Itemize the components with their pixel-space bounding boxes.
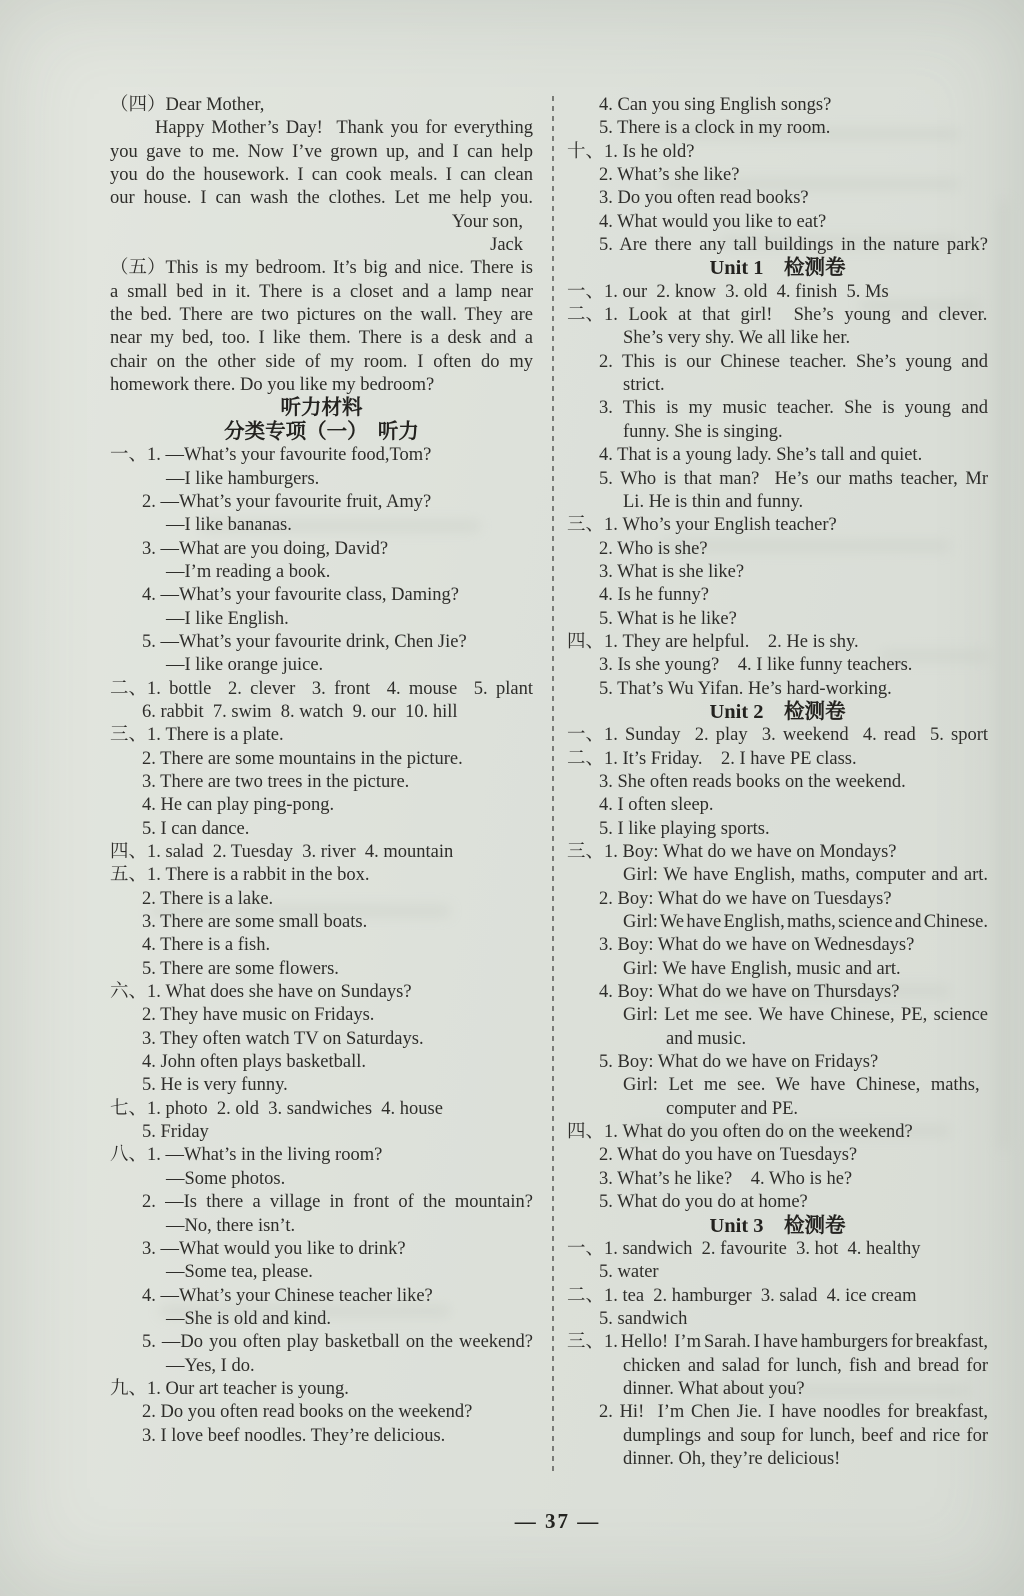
text-line: funny. She is singing. <box>623 421 988 444</box>
line-text: 八、1. —What’s in the living room? <box>110 1144 382 1167</box>
text-line: 3. There are some small boats. <box>142 911 533 934</box>
line-text: —I like English. <box>166 608 289 631</box>
line-text: near my bed, too. I like them. There is … <box>110 327 533 350</box>
line-text: 4. I often sleep. <box>599 794 714 817</box>
line-text: —I’m reading a book. <box>166 561 330 584</box>
line-text: —Some photos. <box>166 1168 285 1191</box>
text-line: Li. He is thin and funny. <box>623 491 988 514</box>
text-line: homework there. Do you like my bedroom? <box>110 374 533 397</box>
text-line: 六、1. What does she have on Sundays? <box>110 981 533 1004</box>
text-line: 5. —Do you often play basketball on the … <box>142 1331 533 1354</box>
line-text: strict. <box>623 374 665 397</box>
left-column: （四）Dear Mother,Happy Mother’s Day! Thank… <box>110 94 533 1448</box>
text-line: 2. —What’s your favourite fruit, Amy? <box>142 491 533 514</box>
text-line: 2. Boy: What do we have on Tuesdays? <box>599 888 988 911</box>
line-text: 5. sandwich <box>599 1308 687 1331</box>
heading-line: Unit 3 检测卷 <box>567 1215 988 1238</box>
text-line: dumplings and soup for lunch, beef and r… <box>623 1425 988 1448</box>
line-text: —I like hamburgers. <box>166 468 319 491</box>
text-line: 3. What is she like? <box>599 561 988 584</box>
text-line: 八、1. —What’s in the living room? <box>110 1144 533 1167</box>
text-line: 3. —What would you like to drink? <box>142 1238 533 1261</box>
text-line: Girl: We have English, maths, science an… <box>623 911 988 934</box>
line-text: 2. Boy: What do we have on Tuesdays? <box>599 888 892 911</box>
line-text: Unit 3 检测卷 <box>709 1215 845 1238</box>
line-text: 四、1. They are helpful. 2. He is shy. <box>567 631 859 654</box>
text-line: （四）Dear Mother, <box>110 94 533 117</box>
line-text: Girl: We have English, maths, science an… <box>623 911 988 934</box>
line-text: 四、1. salad 2. Tuesday 3. river 4. mounta… <box>110 841 453 864</box>
text-line: near my bed, too. I like them. There is … <box>110 327 533 350</box>
line-text: 5. What is he like? <box>599 608 737 631</box>
text-line: 4. What would you like to eat? <box>599 211 988 234</box>
line-text: Happy Mother’s Day! Thank you for everyt… <box>155 117 533 140</box>
line-text: 5. —Do you often play basketball on the … <box>142 1331 533 1354</box>
text-line: 二、1. Look at that girl! She’s young and … <box>567 304 988 327</box>
line-text: —No, there isn’t. <box>166 1215 295 1238</box>
text-line: —I like bananas. <box>166 514 533 537</box>
text-line: （五）This is my bedroom. It’s big and nice… <box>110 257 533 280</box>
text-line: Girl: We have English, music and art. <box>623 958 988 981</box>
text-line: and music. <box>666 1028 988 1051</box>
line-text: 5. —What’s your favourite drink, Chen Ji… <box>142 631 467 654</box>
text-line: —Yes, I do. <box>166 1355 533 1378</box>
line-text: you gave to me. Now I’ve grown up, and I… <box>110 141 533 164</box>
text-line: 4. Is he funny? <box>599 584 988 607</box>
line-text: chair on the other side of my room. I of… <box>110 351 533 374</box>
text-line: 4. Can you sing English songs? <box>599 94 988 117</box>
text-line: —Some tea, please. <box>166 1261 533 1284</box>
line-text: 5. Are there any tall buildings in the n… <box>599 234 988 257</box>
text-line: 五、1. There is a rabbit in the box. <box>110 864 533 887</box>
text-line: 一、1. our 2. know 3. old 4. finish 5. Ms <box>567 281 988 304</box>
text-line: 4. He can play ping-pong. <box>142 794 533 817</box>
text-line: 三、1. There is a plate. <box>110 724 533 747</box>
text-line: 2. This is our Chinese teacher. She’s yo… <box>599 351 988 374</box>
page-footer: — 37 — <box>486 1484 601 1559</box>
text-line: 四、1. salad 2. Tuesday 3. river 4. mounta… <box>110 841 533 864</box>
line-text: Jack <box>490 234 523 257</box>
line-text: She’s very shy. We all like her. <box>623 327 850 350</box>
text-line: 2. What’s she like? <box>599 164 988 187</box>
line-text: 3. —What are you doing, David? <box>142 538 388 561</box>
line-text: Li. He is thin and funny. <box>623 491 803 514</box>
text-line: 3. What’s he like? 4. Who is he? <box>599 1168 988 1191</box>
line-text: 3. Boy: What do we have on Wednesdays? <box>599 934 914 957</box>
line-text: 3. —What would you like to drink? <box>142 1238 406 1261</box>
line-text: 一、1. Sunday 2. play 3. weekend 4. read 5… <box>567 724 988 747</box>
text-line: 3. Is she young? 4. I like funny teacher… <box>599 654 988 677</box>
text-line: chair on the other side of my room. I of… <box>110 351 533 374</box>
text-line: 5. There is a clock in my room. <box>599 117 988 140</box>
text-line: —I’m reading a book. <box>166 561 533 584</box>
line-text: 四、1. What do you often do on the weekend… <box>567 1121 913 1144</box>
text-line: 5. What do you do at home? <box>599 1191 988 1214</box>
line-text: dinner. What about you? <box>623 1378 805 1401</box>
text-line: 2. Do you often read books on the weeken… <box>142 1401 533 1424</box>
heading-line: Unit 1 检测卷 <box>567 257 988 280</box>
text-line: 2. Who is she? <box>599 538 988 561</box>
text-line: 5. sandwich <box>599 1308 988 1331</box>
line-text: 2. Do you often read books on the weeken… <box>142 1401 472 1424</box>
line-text: Unit 1 检测卷 <box>709 257 845 280</box>
text-line: 5. That’s Wu Yifan. He’s hard-working. <box>599 678 988 701</box>
line-text: you do the housework. I can cook meals. … <box>110 164 533 187</box>
line-text: 听力材料 <box>281 397 363 420</box>
text-line: 二、1. bottle 2. clever 3. front 4. mouse … <box>110 678 533 701</box>
line-text: （四）Dear Mother, <box>110 94 264 117</box>
line-text: our house. I can wash the clothes. Let m… <box>110 187 533 210</box>
text-line: 3. They often watch TV on Saturdays. <box>142 1028 533 1051</box>
text-line: Jack <box>110 234 533 257</box>
text-line: you do the housework. I can cook meals. … <box>110 164 533 187</box>
line-text: 2. What do you have on Tuesdays? <box>599 1144 857 1167</box>
text-line: 5. I can dance. <box>142 818 533 841</box>
text-line: 二、1. tea 2. hamburger 3. salad 4. ice cr… <box>567 1285 988 1308</box>
page-number: — 37 — <box>515 1509 601 1533</box>
line-text: 五、1. There is a rabbit in the box. <box>110 864 369 887</box>
line-text: 6. rabbit 7. swim 8. watch 9. our 10. hi… <box>142 701 458 724</box>
text-line: 3. —What are you doing, David? <box>142 538 533 561</box>
line-text: 3. There are some small boats. <box>142 911 367 934</box>
line-text: 5. He is very funny. <box>142 1074 288 1097</box>
text-line: our house. I can wash the clothes. Let m… <box>110 187 533 210</box>
text-line: She’s very shy. We all like her. <box>623 327 988 350</box>
line-text: dinner. Oh, they’re delicious! <box>623 1448 840 1471</box>
line-text: 5. water <box>599 1261 659 1284</box>
line-text: 3. There are two trees in the picture. <box>142 771 409 794</box>
text-line: Girl: We have English, maths, computer a… <box>623 864 988 887</box>
text-line: 2. They have music on Fridays. <box>142 1004 533 1027</box>
line-text: 4. Boy: What do we have on Thursdays? <box>599 981 899 1004</box>
text-line: 5. Friday <box>142 1121 533 1144</box>
text-line: 3. She often reads books on the weekend. <box>599 771 988 794</box>
line-text: 三、1. Who’s your English teacher? <box>567 514 837 537</box>
line-text: 4. What would you like to eat? <box>599 211 826 234</box>
line-text: 一、1. sandwich 2. favourite 3. hot 4. hea… <box>567 1238 921 1261</box>
line-text: 4. Is he funny? <box>599 584 709 607</box>
line-text: 2. This is our Chinese teacher. She’s yo… <box>599 351 988 374</box>
line-text: 2. —What’s your favourite fruit, Amy? <box>142 491 431 514</box>
text-line: 5. There are some flowers. <box>142 958 533 981</box>
line-text: 5. That’s Wu Yifan. He’s hard-working. <box>599 678 892 701</box>
text-line: computer and PE. <box>666 1098 988 1121</box>
text-line: a small bed in it. There is a closet and… <box>110 281 533 304</box>
line-text: —Yes, I do. <box>166 1355 255 1378</box>
text-line: 四、1. What do you often do on the weekend… <box>567 1121 988 1144</box>
text-line: 四、1. They are helpful. 2. He is shy. <box>567 631 988 654</box>
text-line: 4. —What’s your Chinese teacher like? <box>142 1285 533 1308</box>
line-text: 十、1. Is he old? <box>567 141 694 164</box>
text-line: 九、1. Our art teacher is young. <box>110 1378 533 1401</box>
line-text: homework there. Do you like my bedroom? <box>110 374 434 397</box>
text-line: 十、1. Is he old? <box>567 141 988 164</box>
line-text: 3. What is she like? <box>599 561 744 584</box>
line-text: chicken and salad for lunch, fish and br… <box>623 1355 988 1378</box>
line-text: 5. There is a clock in my room. <box>599 117 830 140</box>
text-line: Girl: Let me see. We have Chinese, PE, s… <box>623 1004 988 1027</box>
scanned-answer-page: （四）Dear Mother,Happy Mother’s Day! Thank… <box>0 0 1024 1596</box>
line-text: and music. <box>666 1028 746 1051</box>
column-divider <box>552 96 554 1474</box>
line-text: Your son, <box>452 211 523 234</box>
text-line: Girl: Let me see. We have Chinese, maths… <box>623 1074 988 1097</box>
line-text: 3. This is my music teacher. She is youn… <box>599 397 988 420</box>
text-line: 3. I love beef noodles. They’re deliciou… <box>142 1425 533 1448</box>
text-line: —I like orange juice. <box>166 654 533 677</box>
line-text: computer and PE. <box>666 1098 798 1121</box>
line-text: dumplings and soup for lunch, beef and r… <box>623 1425 988 1448</box>
text-line: chicken and salad for lunch, fish and br… <box>623 1355 988 1378</box>
text-line: 一、1. Sunday 2. play 3. weekend 4. read 5… <box>567 724 988 747</box>
text-line: 5. What is he like? <box>599 608 988 631</box>
text-line: dinner. What about you? <box>623 1378 988 1401</box>
text-line: 2. There are some mountains in the pictu… <box>142 748 533 771</box>
text-line: 2. There is a lake. <box>142 888 533 911</box>
text-line: 三、1. Hello! I’m Sarah. I have hamburgers… <box>567 1331 988 1354</box>
line-text: 5. I can dance. <box>142 818 249 841</box>
line-text: 4. —What’s your favourite class, Daming? <box>142 584 459 607</box>
text-line: 4. John often plays basketball. <box>142 1051 533 1074</box>
heading-line: Unit 2 检测卷 <box>567 701 988 724</box>
line-text: —Some tea, please. <box>166 1261 313 1284</box>
text-line: 5. water <box>599 1261 988 1284</box>
text-line: 3. There are two trees in the picture. <box>142 771 533 794</box>
line-text: （五）This is my bedroom. It’s big and nice… <box>110 257 533 280</box>
line-text: 2. What’s she like? <box>599 164 739 187</box>
text-line: 4. Boy: What do we have on Thursdays? <box>599 981 988 1004</box>
line-text: 4. Can you sing English songs? <box>599 94 831 117</box>
line-text: 4. He can play ping-pong. <box>142 794 334 817</box>
text-line: 5. I like playing sports. <box>599 818 988 841</box>
line-text: 一、1. —What’s your favourite food,Tom? <box>110 444 431 467</box>
line-text: 2. —Is there a village in front of the m… <box>142 1191 533 1214</box>
right-column: 4. Can you sing English songs?5. There i… <box>567 94 988 1471</box>
text-line: 3. This is my music teacher. She is youn… <box>599 397 988 420</box>
text-line: —No, there isn’t. <box>166 1215 533 1238</box>
text-line: 2. Hi! I’m Chen Jie. I have noodles for … <box>599 1401 988 1424</box>
line-text: 4. —What’s your Chinese teacher like? <box>142 1285 433 1308</box>
line-text: 4. There is a fish. <box>142 934 270 957</box>
line-text: 2. There is a lake. <box>142 888 273 911</box>
line-text: —I like orange juice. <box>166 654 323 677</box>
line-text: 3. She often reads books on the weekend. <box>599 771 906 794</box>
line-text: a small bed in it. There is a closet and… <box>110 281 533 304</box>
text-line: 2. What do you have on Tuesdays? <box>599 1144 988 1167</box>
line-text: 4. John often plays basketball. <box>142 1051 366 1074</box>
line-text: Girl: We have English, music and art. <box>623 958 901 981</box>
line-text: 5. Boy: What do we have on Fridays? <box>599 1051 878 1074</box>
text-line: 5. He is very funny. <box>142 1074 533 1097</box>
line-text: 5. What do you do at home? <box>599 1191 808 1214</box>
text-line: 一、1. —What’s your favourite food,Tom? <box>110 444 533 467</box>
line-text: 3. I love beef noodles. They’re deliciou… <box>142 1425 445 1448</box>
line-text: —I like bananas. <box>166 514 292 537</box>
text-line: —I like hamburgers. <box>166 468 533 491</box>
text-line: dinner. Oh, they’re delicious! <box>623 1448 988 1471</box>
line-text: Girl: Let me see. We have Chinese, PE, s… <box>623 1004 988 1027</box>
text-line: the bed. There are two pictures on the w… <box>110 304 533 327</box>
line-text: 二、1. It’s Friday. 2. I have PE class. <box>567 748 857 771</box>
line-text: 三、1. Boy: What do we have on Mondays? <box>567 841 897 864</box>
line-text: 2. Who is she? <box>599 538 708 561</box>
heading-line: 分类专项（一） 听力 <box>110 421 533 444</box>
line-text: 5. Who is that man? He’s our maths teach… <box>599 468 988 491</box>
text-line: 5. Boy: What do we have on Fridays? <box>599 1051 988 1074</box>
text-line: 5. Who is that man? He’s our maths teach… <box>599 468 988 491</box>
text-line: 4. That is a young lady. She’s tall and … <box>599 444 988 467</box>
line-text: 3. What’s he like? 4. Who is he? <box>599 1168 852 1191</box>
line-text: 六、1. What does she have on Sundays? <box>110 981 412 1004</box>
line-text: 4. That is a young lady. She’s tall and … <box>599 444 922 467</box>
line-text: 2. There are some mountains in the pictu… <box>142 748 463 771</box>
text-line: 七、1. photo 2. old 3. sandwiches 4. house <box>110 1098 533 1121</box>
text-line: —She is old and kind. <box>166 1308 533 1331</box>
text-line: 6. rabbit 7. swim 8. watch 9. our 10. hi… <box>142 701 533 724</box>
text-line: you gave to me. Now I’ve grown up, and I… <box>110 141 533 164</box>
line-text: —She is old and kind. <box>166 1308 331 1331</box>
text-line: 4. —What’s your favourite class, Daming? <box>142 584 533 607</box>
line-text: the bed. There are two pictures on the w… <box>110 304 533 327</box>
line-text: 七、1. photo 2. old 3. sandwiches 4. house <box>110 1098 443 1121</box>
line-text: 5. I like playing sports. <box>599 818 770 841</box>
text-line: Happy Mother’s Day! Thank you for everyt… <box>155 117 533 140</box>
line-text: 5. There are some flowers. <box>142 958 339 981</box>
line-text: Girl: We have English, maths, computer a… <box>623 864 988 887</box>
line-text: 2. Hi! I’m Chen Jie. I have noodles for … <box>599 1401 988 1424</box>
text-line: —I like English. <box>166 608 533 631</box>
text-line: 4. I often sleep. <box>599 794 988 817</box>
bleed-through-artifact <box>998 200 1010 1150</box>
text-line: —Some photos. <box>166 1168 533 1191</box>
text-line: Your son, <box>110 211 533 234</box>
text-line: 5. Are there any tall buildings in the n… <box>599 234 988 257</box>
line-text: Unit 2 检测卷 <box>709 701 845 724</box>
line-text: 2. They have music on Fridays. <box>142 1004 374 1027</box>
line-text: 二、1. bottle 2. clever 3. front 4. mouse … <box>110 678 533 701</box>
line-text: 一、1. our 2. know 3. old 4. finish 5. Ms <box>567 281 889 304</box>
line-text: 3. Do you often read books? <box>599 187 809 210</box>
line-text: 3. Is she young? 4. I like funny teacher… <box>599 654 912 677</box>
text-line: 3. Do you often read books? <box>599 187 988 210</box>
line-text: 三、1. There is a plate. <box>110 724 284 747</box>
text-line: 三、1. Who’s your English teacher? <box>567 514 988 537</box>
text-line: 5. —What’s your favourite drink, Chen Ji… <box>142 631 533 654</box>
text-line: strict. <box>623 374 988 397</box>
line-text: Girl: Let me see. We have Chinese, maths… <box>623 1074 980 1097</box>
text-line: 三、1. Boy: What do we have on Mondays? <box>567 841 988 864</box>
text-line: 2. —Is there a village in front of the m… <box>142 1191 533 1214</box>
line-text: 3. They often watch TV on Saturdays. <box>142 1028 424 1051</box>
line-text: funny. She is singing. <box>623 421 783 444</box>
heading-line: 听力材料 <box>110 397 533 420</box>
line-text: 二、1. Look at that girl! She’s young and … <box>567 304 987 327</box>
text-line: 3. Boy: What do we have on Wednesdays? <box>599 934 988 957</box>
line-text: 九、1. Our art teacher is young. <box>110 1378 349 1401</box>
text-line: 二、1. It’s Friday. 2. I have PE class. <box>567 748 988 771</box>
line-text: 二、1. tea 2. hamburger 3. salad 4. ice cr… <box>567 1285 917 1308</box>
text-line: 一、1. sandwich 2. favourite 3. hot 4. hea… <box>567 1238 988 1261</box>
line-text: 5. Friday <box>142 1121 209 1144</box>
text-line: 4. There is a fish. <box>142 934 533 957</box>
line-text: 分类专项（一） 听力 <box>224 421 419 444</box>
line-text: 三、1. Hello! I’m Sarah. I have hamburgers… <box>567 1331 988 1354</box>
